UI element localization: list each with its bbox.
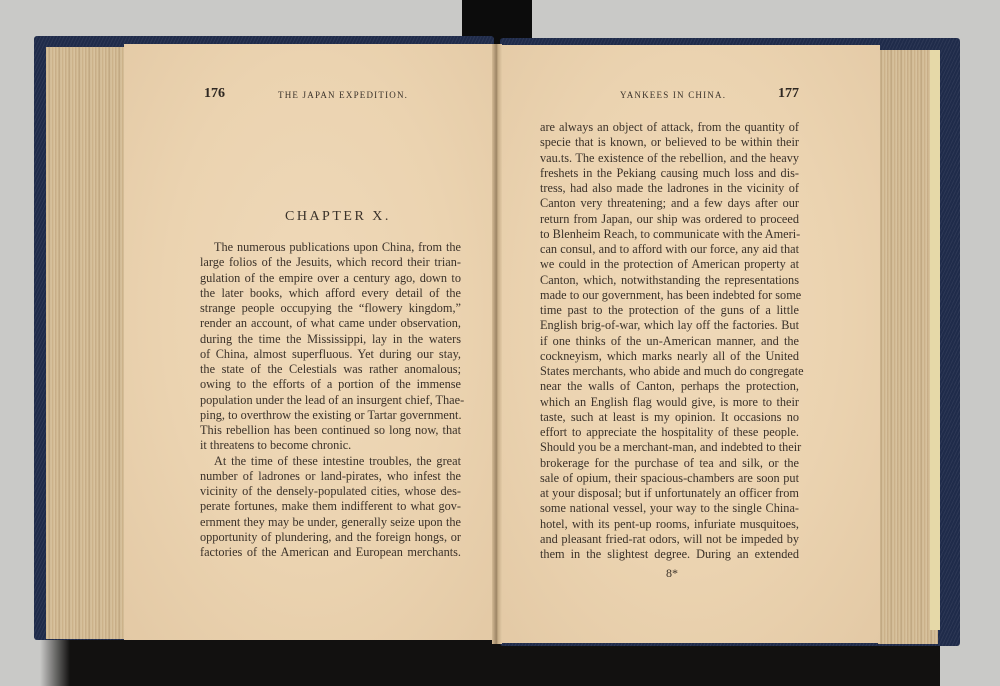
text-line: large folios of the Jesuits, which recor… <box>200 255 461 270</box>
right-page-stack-edge <box>878 50 938 644</box>
signature-mark: 8* <box>666 566 678 581</box>
left-page-body-text: The numerous publications upon China, fr… <box>200 240 461 560</box>
right-page-body-text: are always an object of attack, from the… <box>540 120 799 562</box>
text-line: factories of the American and European m… <box>200 545 461 560</box>
text-line: it threatens to become chronic. <box>200 438 461 453</box>
chapter-title: CHAPTER X. <box>285 209 391 225</box>
text-line: are always an object of attack, from the… <box>540 120 799 135</box>
text-line: we could in the protection of American p… <box>540 257 799 272</box>
book-gutter <box>492 44 502 644</box>
left-page-number: 176 <box>204 86 225 102</box>
text-line: and pleasant fried-rat odors, will not b… <box>540 532 799 547</box>
text-line: tress, had also made the ladrones in the… <box>540 181 799 196</box>
text-line: can consul, and to afford with our force… <box>540 242 799 257</box>
text-line: time past to the protection of the guns … <box>540 303 799 318</box>
text-line: at your disposal; but if unfortunately a… <box>540 486 799 501</box>
text-line: effort to appreciate the hospitality of … <box>540 425 799 440</box>
text-line: Should you be a merchant-man, and indebt… <box>540 440 799 455</box>
text-line: ernment they may be under, generally sei… <box>200 515 461 530</box>
text-line: of China, almost superfluous. Yet during… <box>200 347 461 362</box>
text-line: during the time the Mississippi, lay in … <box>200 332 461 347</box>
text-line: vicinity of the densely-populated cities… <box>200 484 461 499</box>
text-line: ping, to overthrow the existing or Tarta… <box>200 408 461 423</box>
endpaper-edge <box>930 50 940 630</box>
text-line: made to our government, has been indebte… <box>540 288 799 303</box>
text-line: return from Japan, our ship was ordered … <box>540 212 799 227</box>
text-line: freshets in the Pekiang causing much los… <box>540 166 799 181</box>
text-line: render an account, of what came under ob… <box>200 316 461 331</box>
left-page-stack-edge <box>46 47 126 639</box>
text-line: States merchants, who abide and much do … <box>540 364 799 379</box>
text-line: sale of opium, their spacious-chambers a… <box>540 471 799 486</box>
text-line: gulation of the empire over a century ag… <box>200 271 461 286</box>
text-line: brokerage for the purchase of tea and si… <box>540 456 799 471</box>
text-line: them in the slightest degree. During an … <box>540 547 799 562</box>
text-line: At the time of these intestine troubles,… <box>200 454 461 469</box>
text-line: Canton very threatening; and a few days … <box>540 196 799 211</box>
right-running-head: YANKEES IN CHINA. <box>620 90 726 100</box>
text-line: if one thinks of the un-American manner,… <box>540 334 799 349</box>
text-line: some national vessel, your way to the si… <box>540 501 799 516</box>
text-line: vau.ts. The existence of the rebellion, … <box>540 151 799 166</box>
text-line: The numerous publications upon China, fr… <box>200 240 461 255</box>
text-line: near the walls of Canton, perhaps the pr… <box>540 379 799 394</box>
text-line: to Blenheim Reach, to communicate with t… <box>540 227 799 242</box>
text-line: perate fortunes, make them indifferent t… <box>200 499 461 514</box>
text-line: number of ladrones or land-pirates, who … <box>200 469 461 484</box>
left-running-head: THE JAPAN EXPEDITION. <box>278 90 408 100</box>
text-line: Canton, which, notwithstanding the repre… <box>540 273 799 288</box>
text-line: the later books, which afford every deta… <box>200 286 461 301</box>
text-line: cockneyism, which marks nearly all of th… <box>540 349 799 364</box>
text-line: specie that is known, or believed to be … <box>540 135 799 150</box>
text-line: owing to the efforts of a portion of the… <box>200 377 461 392</box>
right-page-number: 177 <box>778 86 799 102</box>
text-line: This rebellion has been continued so lon… <box>200 423 461 438</box>
text-line: English brig-of-war, which lay off the f… <box>540 318 799 333</box>
text-line: opportunity of plundering, and the forei… <box>200 530 461 545</box>
text-line: the state of the Celestials was rather a… <box>200 362 461 377</box>
text-line: which an English flag would give, is mor… <box>540 395 799 410</box>
text-line: strange people occupying the “flowery ki… <box>200 301 461 316</box>
text-line: hotel, with its pent-up rooms, infuriate… <box>540 517 799 532</box>
text-line: taste, such at least is my opinion. It o… <box>540 410 799 425</box>
text-line: population under the lead of an insurgen… <box>200 393 461 408</box>
